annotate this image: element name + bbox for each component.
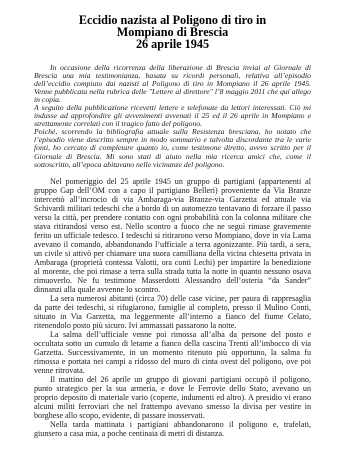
body-section: Nel pomeriggio del 25 aprile 1945 un gru… <box>34 177 311 438</box>
document-title: Eccidio nazista al Poligono di tiro in M… <box>34 14 311 50</box>
intro-paragraph: Poiché, scorrendo la bibliografia attual… <box>34 128 311 168</box>
body-paragraph: La sera numerosi abitanti (circa 70) del… <box>34 294 311 330</box>
title-line-3: 26 aprile 1945 <box>34 38 311 50</box>
document-page: Eccidio nazista al Poligono di tiro in M… <box>34 14 311 438</box>
body-paragraph: La salma dell’ufficiale venne poi rimoss… <box>34 330 311 375</box>
intro-paragraph: A seguito della pubblicazione ricevetti … <box>34 104 311 128</box>
intro-paragraph: In occasione della ricorrenza della libe… <box>34 64 311 104</box>
body-paragraph: Il mattino del 26 aprile un gruppo di gi… <box>34 375 311 420</box>
body-paragraph: Nel pomeriggio del 25 aprile 1945 un gru… <box>34 177 311 294</box>
intro-section: In occasione della ricorrenza della libe… <box>34 64 311 169</box>
body-paragraph: Nella tarda mattinata i partigiani abban… <box>34 420 311 438</box>
